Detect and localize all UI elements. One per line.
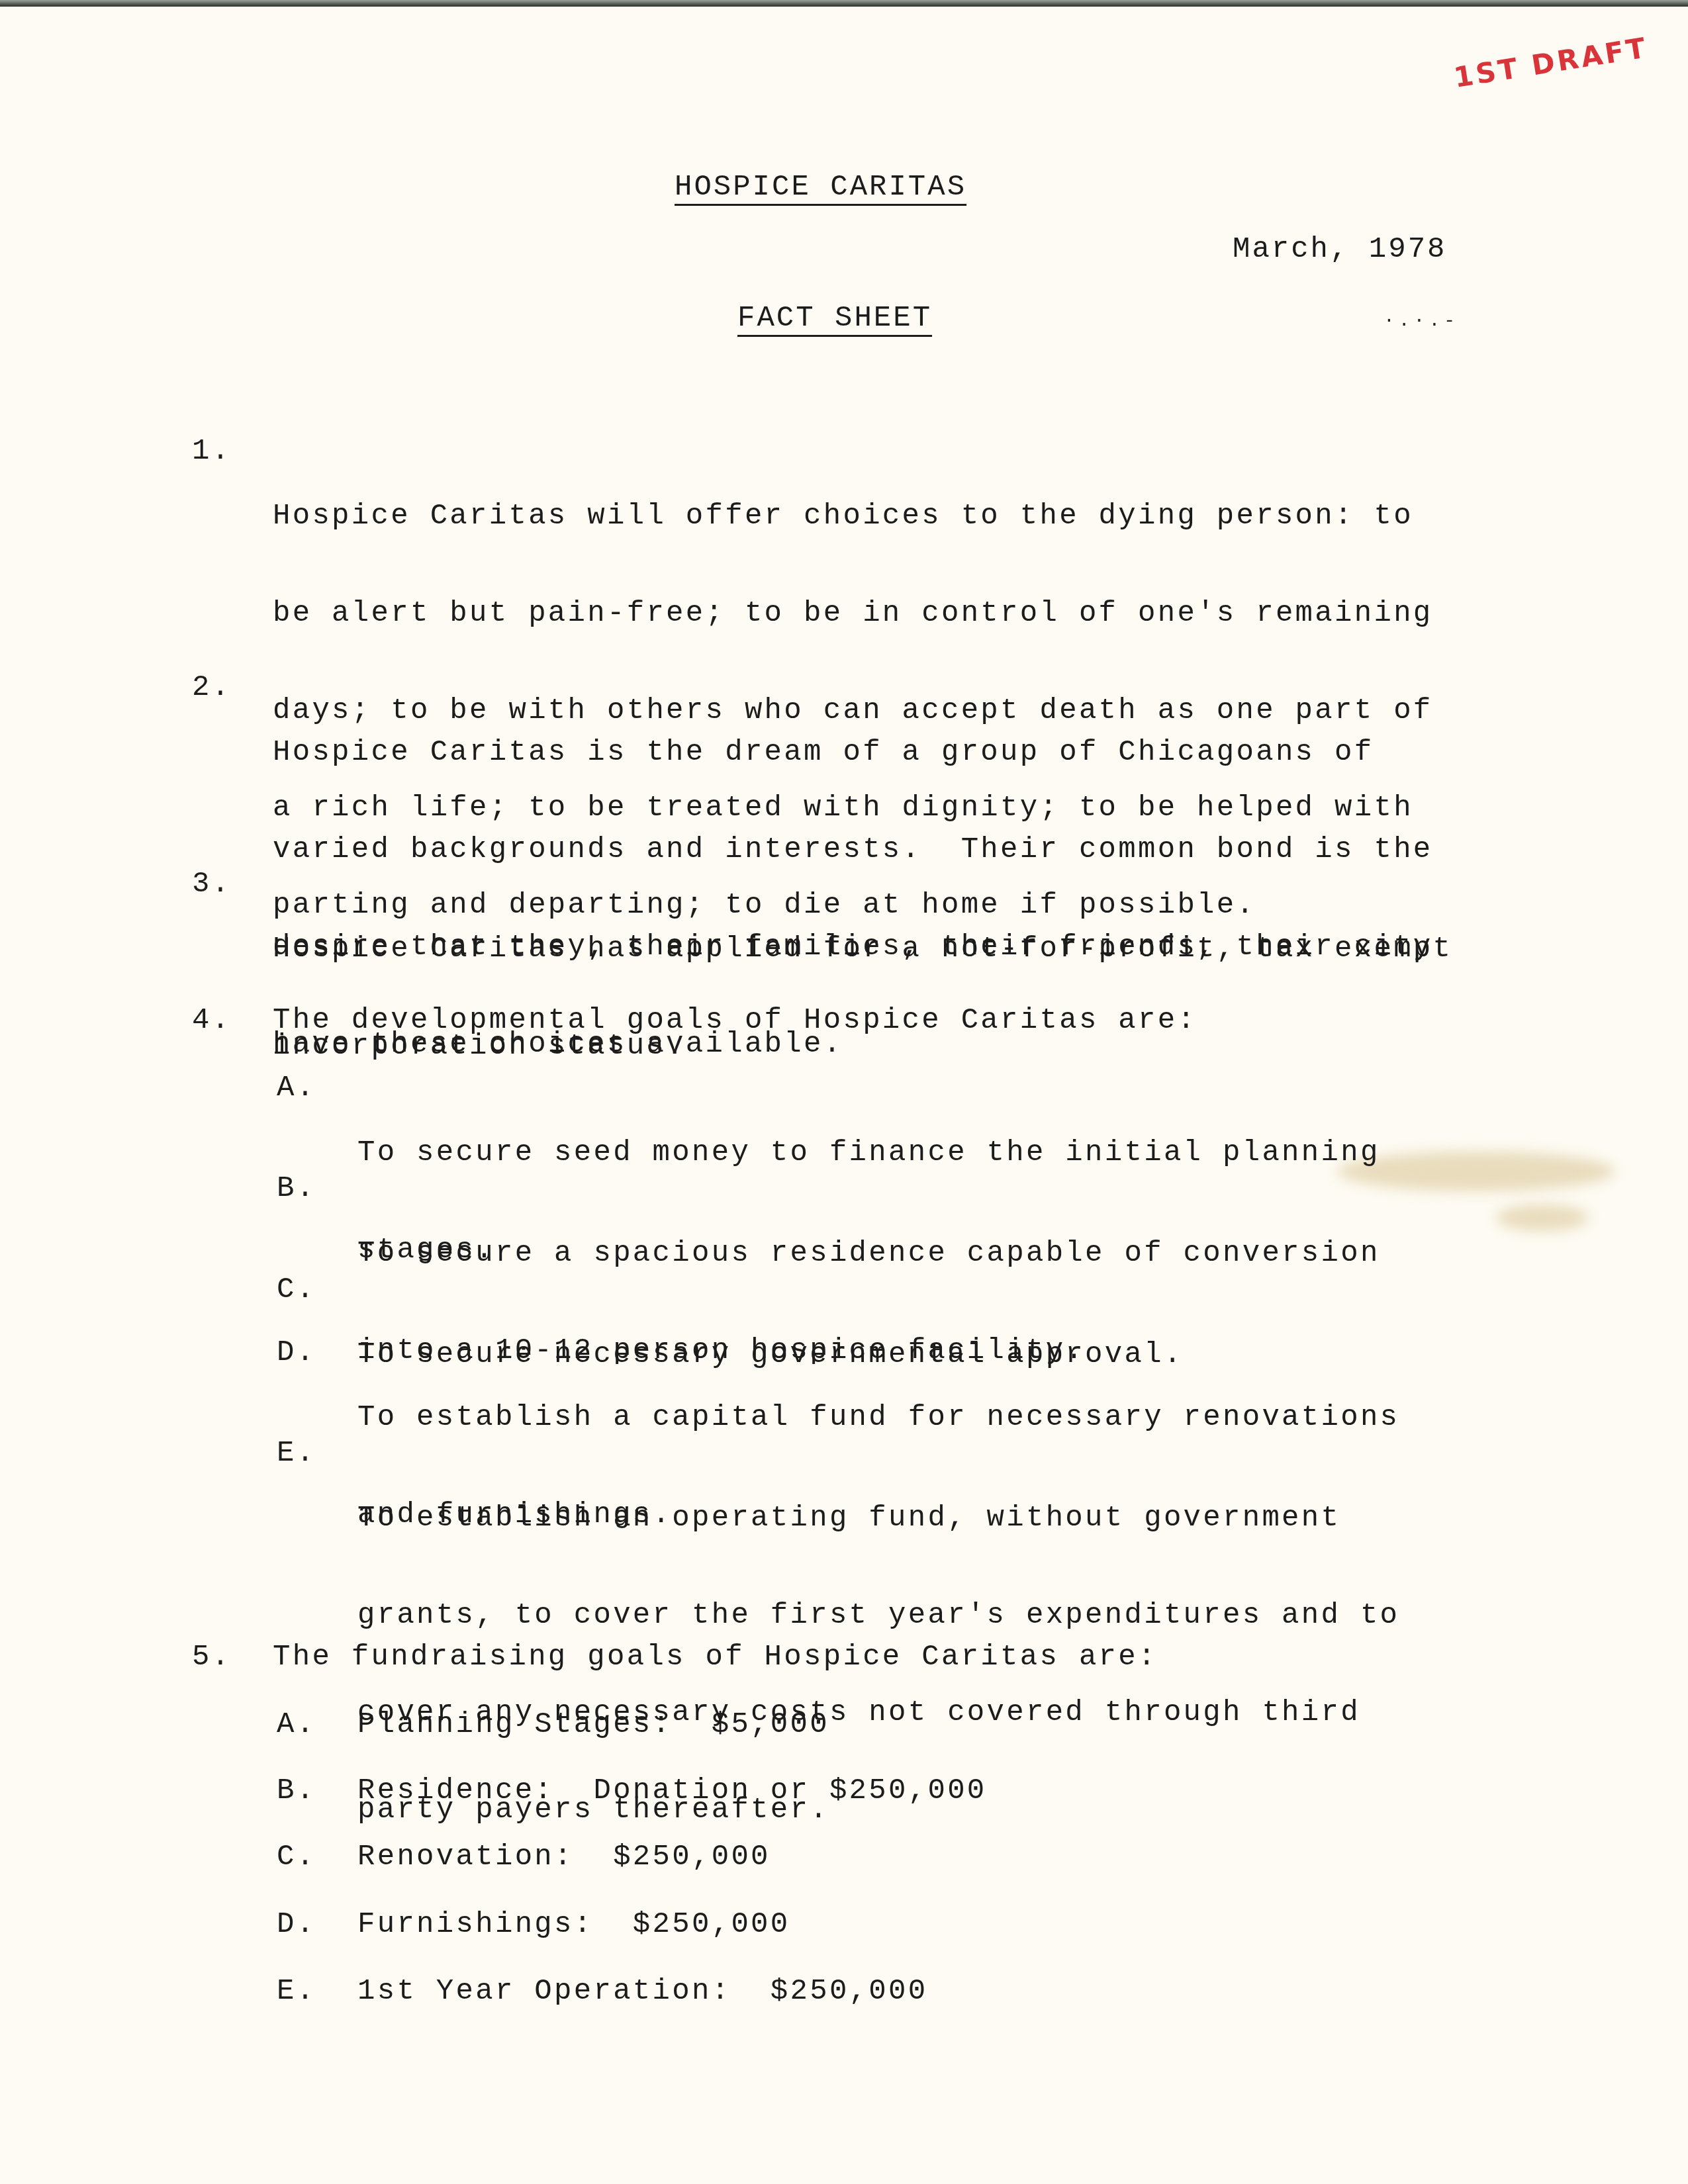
paper-stain — [1496, 1205, 1589, 1231]
item-number: 1. — [192, 435, 231, 468]
document-subtitle: FACT SHEET — [737, 302, 932, 335]
item-number: 5. — [192, 1641, 231, 1674]
stray-marks: ·.·.- — [1383, 311, 1459, 332]
page-top-edge — [0, 0, 1688, 7]
item-text: The developmental goals of Hospice Carit… — [273, 1005, 1517, 1037]
document-date: March, 1978 — [1233, 233, 1446, 266]
item-text: The fundraising goals of Hospice Caritas… — [273, 1641, 1517, 1674]
item-number: 2. — [192, 672, 231, 704]
handwritten-draft-note: 1ST DRAFT — [1452, 31, 1650, 94]
item-number: 4. — [192, 1005, 231, 1037]
document-title: HOSPICE CARITAS — [675, 171, 966, 204]
item-number: 3. — [192, 868, 231, 901]
